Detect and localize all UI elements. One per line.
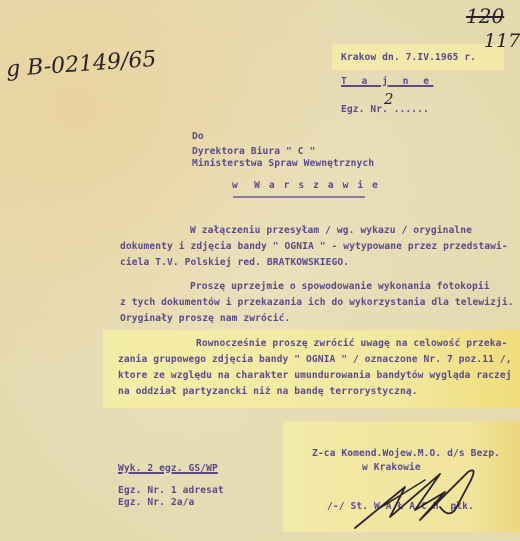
handwritten-signature-icon	[350, 462, 500, 532]
paragraph-1-line-1: W załączeniu przesyłam / wg. wykazu / or…	[190, 224, 472, 238]
paragraph-1-line-2: dokumenty i zdjęcia bandy " OGNIA " - wy…	[120, 240, 508, 254]
paragraph-3-line-3: ktore ze względu na charakter umundurowa…	[118, 369, 512, 383]
paragraph-2-line-2: z tych dokumentów i przekazania ich do w…	[120, 296, 514, 310]
copy-number-label: Egz. Nr.	[341, 104, 388, 115]
paragraph-3-line-1: Rownocześnie proszę zwrócić uwagę na cel…	[196, 337, 507, 351]
paragraph-1-line-3: ciela T.V. Polskiej red. BRATKOWSKIEGO.	[120, 256, 349, 270]
paragraph-3-line-2: zania grupowego zdjęcia bandy " OGNIA " …	[118, 353, 512, 367]
place-date: Krakow dn. 7.IV.1965 r.	[341, 51, 476, 65]
paragraph-3-line-4: na oddział partyzancki niż na bandę terr…	[118, 385, 418, 399]
paragraph-2-line-3: Oryginały proszę nam zwrócić.	[120, 312, 290, 326]
classification: T a j n e	[341, 75, 433, 89]
addressee-to: Do	[192, 130, 204, 144]
signature-title-line1: Z-ca Komend.Wojew.M.O. d/s Bezp.	[312, 447, 500, 461]
distribution-copy2: Egz. Nr. 2a/a	[118, 496, 194, 510]
addressee-line2: Ministerstwa Spraw Wewnętrznych	[192, 157, 374, 171]
page-number: 117	[484, 30, 520, 52]
copy-number: Egz. Nr.2......	[341, 97, 429, 117]
addressee-city: w W a r s z a w i e	[232, 179, 380, 193]
page-number-crossed: 120	[466, 4, 504, 28]
addressee-city-underline	[233, 196, 365, 198]
copy-number-handwritten: 2	[384, 90, 394, 108]
distribution-header: Wyk. 2 egz. GS/WP	[118, 462, 218, 476]
paragraph-2-line-1: Proszę uprzejmie o spowodowanie wykonani…	[190, 280, 490, 294]
copy-number-dots: ......	[394, 104, 429, 115]
